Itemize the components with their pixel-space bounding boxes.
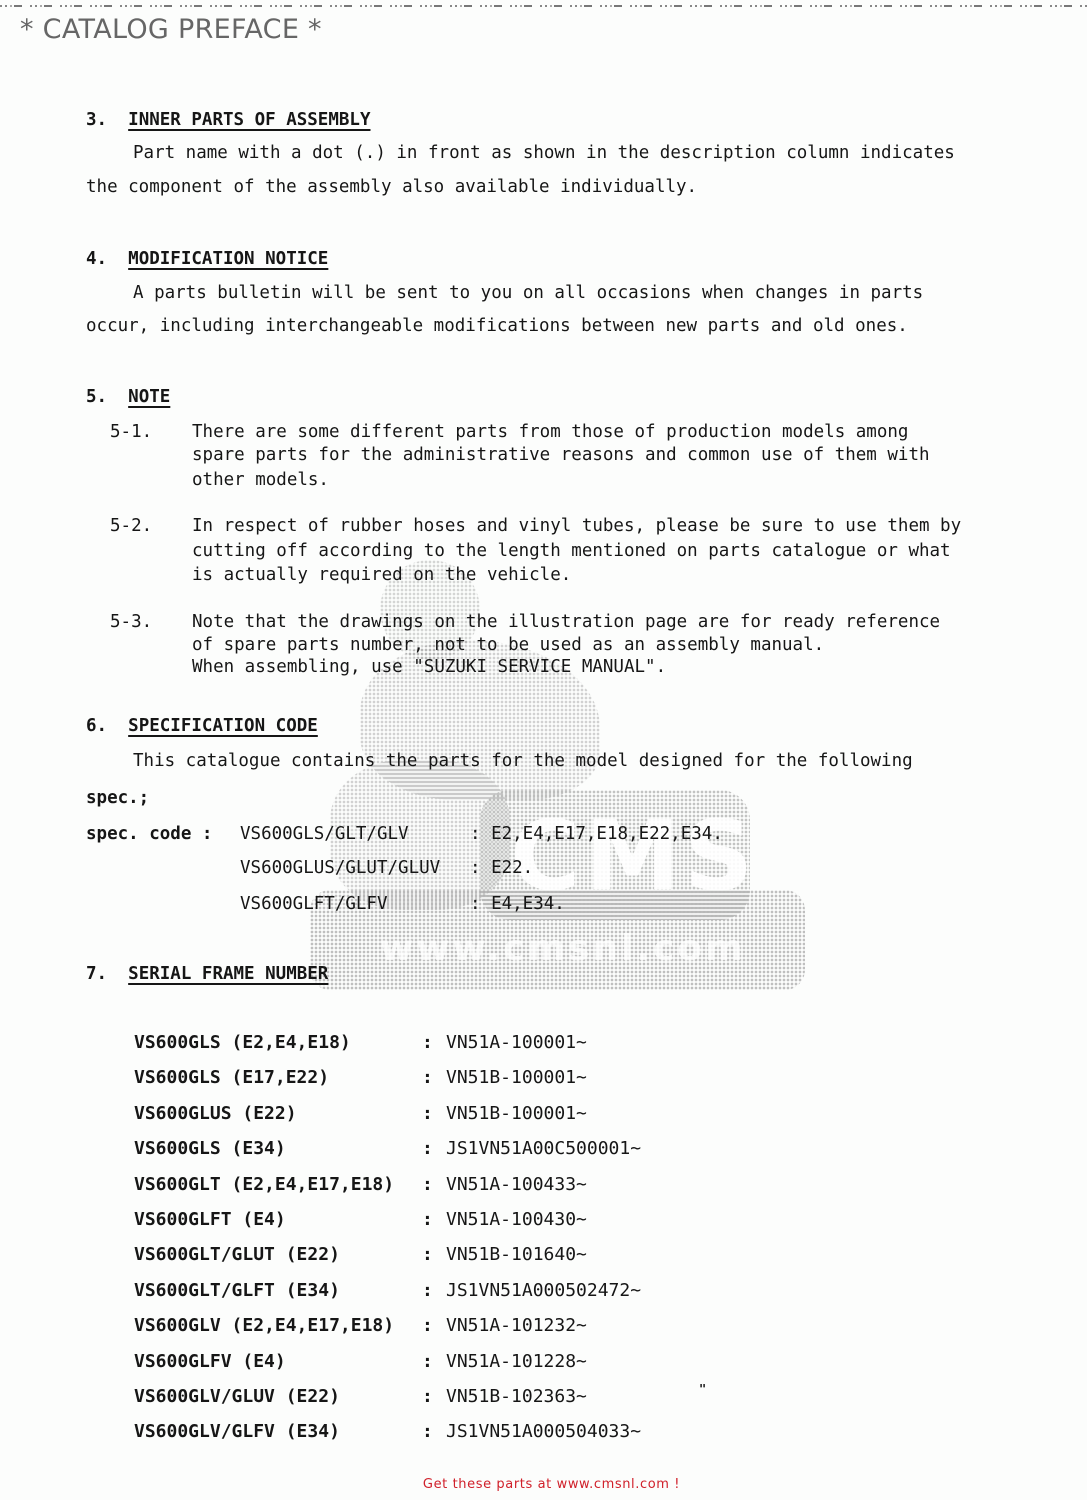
serial-model: VS600GLV/GLUV (E22) xyxy=(134,1386,422,1408)
serial-separator: : xyxy=(422,1138,446,1160)
serial-number: JS1VN51A00C500001~ xyxy=(446,1138,641,1159)
serial-separator: : xyxy=(422,1209,446,1231)
serial-separator: : xyxy=(422,1315,446,1337)
spec-code-model: VS600GLFT/GLFV xyxy=(240,893,388,915)
note-item-line: In respect of rubber hoses and vinyl tub… xyxy=(192,515,961,537)
serial-model: VS600GLV/GLFV (E34) xyxy=(134,1421,422,1443)
cmsnl-parts-link[interactable]: Get these parts at www.cmsnl.com ! xyxy=(0,1477,1087,1492)
serial-number: VN51A-100430~ xyxy=(446,1209,587,1230)
section-7-heading: 7. SERIAL FRAME NUMBER xyxy=(86,963,328,985)
serial-separator: : xyxy=(422,1244,446,1266)
serial-number: JS1VN51A000502472~ xyxy=(446,1280,641,1301)
section-number: 3. xyxy=(86,110,107,130)
note-item-number: 5-3. xyxy=(110,611,152,633)
document-body: 3. INNER PARTS OF ASSEMBLY Part name wit… xyxy=(0,0,1087,1500)
serial-table-row: VS600GLT/GLFT (E34):JS1VN51A000502472~ xyxy=(134,1280,641,1302)
section-5-heading: 5. NOTE xyxy=(86,386,170,408)
note-item-line: There are some different parts from thos… xyxy=(192,421,908,443)
section-4-text-line: A parts bulletin will be sent to you on … xyxy=(133,282,923,304)
serial-model: VS600GLV (E2,E4,E17,E18) xyxy=(134,1315,422,1337)
section-6-text-line: This catalogue contains the parts for th… xyxy=(133,750,913,772)
spec-code-model: VS600GLS/GLT/GLV xyxy=(240,823,409,845)
note-item-line: When assembling, use "SUZUKI SERVICE MAN… xyxy=(192,656,666,678)
section-3-heading: 3. INNER PARTS OF ASSEMBLY xyxy=(86,109,370,131)
serial-table-row: VS600GLV/GLUV (E22):VN51B-102363~ xyxy=(134,1386,587,1408)
section-title: INNER PARTS OF ASSEMBLY xyxy=(128,110,370,130)
serial-number: VN51B-101640~ xyxy=(446,1244,587,1265)
note-item-number: 5-2. xyxy=(110,515,152,537)
serial-number: VN51B-100001~ xyxy=(446,1103,587,1124)
note-item-line: other models. xyxy=(192,469,329,491)
serial-number: VN51B-102363~ xyxy=(446,1386,587,1407)
section-title: NOTE xyxy=(128,387,170,407)
serial-number: VN51A-101232~ xyxy=(446,1315,587,1336)
section-number: 5. xyxy=(86,387,107,407)
serial-model: VS600GLFT (E4) xyxy=(134,1209,422,1231)
spec-code-model: VS600GLUS/GLUT/GLUV xyxy=(240,857,440,879)
section-number: 4. xyxy=(86,249,107,269)
serial-table-row: VS600GLV/GLFV (E34):JS1VN51A000504033~ xyxy=(134,1421,641,1443)
serial-model: VS600GLT (E2,E4,E17,E18) xyxy=(134,1174,422,1196)
section-number: 6. xyxy=(86,716,107,736)
section-6-text-line: spec.; xyxy=(86,787,149,809)
serial-separator: : xyxy=(422,1032,446,1054)
serial-number: VN51B-100001~ xyxy=(446,1067,587,1088)
serial-separator: : xyxy=(422,1351,446,1373)
spec-code-values: : E2,E4,E17,E18,E22,E34. xyxy=(470,823,723,845)
serial-model: VS600GLS (E17,E22) xyxy=(134,1067,422,1089)
serial-table-row: VS600GLT/GLUT (E22):VN51B-101640~ xyxy=(134,1244,587,1266)
serial-table-row: VS600GLT (E2,E4,E17,E18):VN51A-100433~ xyxy=(134,1174,587,1196)
section-4-text-line: occur, including interchangeable modific… xyxy=(86,315,908,337)
serial-separator: : xyxy=(422,1067,446,1089)
note-item-number: 5-1. xyxy=(110,421,152,443)
serial-separator: : xyxy=(422,1421,446,1443)
note-item-line: spare parts for the administrative reaso… xyxy=(192,444,930,466)
serial-number: JS1VN51A000504033~ xyxy=(446,1421,641,1442)
serial-table-row: VS600GLFT (E4):VN51A-100430~ xyxy=(134,1209,587,1231)
section-3-text-line: Part name with a dot (.) in front as sho… xyxy=(133,142,955,164)
section-6-heading: 6. SPECIFICATION CODE xyxy=(86,715,318,737)
serial-table-row: VS600GLFV (E4):VN51A-101228~ xyxy=(134,1351,587,1373)
section-4-heading: 4. MODIFICATION NOTICE xyxy=(86,248,328,270)
serial-separator: : xyxy=(422,1103,446,1125)
serial-model: VS600GLFV (E4) xyxy=(134,1351,422,1373)
serial-number: VN51A-100001~ xyxy=(446,1032,587,1053)
stray-scan-mark: " xyxy=(699,1382,706,1396)
spec-code-label: spec. code : xyxy=(86,823,212,845)
spec-code-values: : E4,E34. xyxy=(470,893,565,915)
serial-table-row: VS600GLS (E2,E4,E18):VN51A-100001~ xyxy=(134,1032,587,1054)
serial-model: VS600GLS (E34) xyxy=(134,1138,422,1160)
section-number: 7. xyxy=(86,964,107,984)
serial-table-row: VS600GLS (E34):JS1VN51A00C500001~ xyxy=(134,1138,641,1160)
serial-table-row: VS600GLUS (E22):VN51B-100001~ xyxy=(134,1103,587,1125)
serial-model: VS600GLT/GLUT (E22) xyxy=(134,1244,422,1266)
note-item-line: of spare parts number, not to be used as… xyxy=(192,634,824,656)
section-title: MODIFICATION NOTICE xyxy=(128,249,328,269)
serial-separator: : xyxy=(422,1280,446,1302)
serial-separator: : xyxy=(422,1174,446,1196)
section-3-text-line: the component of the assembly also avail… xyxy=(86,176,697,198)
serial-table-row: VS600GLV (E2,E4,E17,E18):VN51A-101232~ xyxy=(134,1315,587,1337)
serial-separator: : xyxy=(422,1386,446,1408)
serial-model: VS600GLUS (E22) xyxy=(134,1103,422,1125)
serial-number: VN51A-101228~ xyxy=(446,1351,587,1372)
section-title: SERIAL FRAME NUMBER xyxy=(128,964,328,984)
serial-table-row: VS600GLS (E17,E22):VN51B-100001~ xyxy=(134,1067,587,1089)
spec-code-values: : E22. xyxy=(470,857,533,879)
note-item-line: cutting off according to the length ment… xyxy=(192,540,951,562)
serial-number: VN51A-100433~ xyxy=(446,1174,587,1195)
serial-model: VS600GLT/GLFT (E34) xyxy=(134,1280,422,1302)
serial-model: VS600GLS (E2,E4,E18) xyxy=(134,1032,422,1054)
note-item-line: Note that the drawings on the illustrati… xyxy=(192,611,940,633)
note-item-line: is actually required on the vehicle. xyxy=(192,564,571,586)
section-title: SPECIFICATION CODE xyxy=(128,716,318,736)
